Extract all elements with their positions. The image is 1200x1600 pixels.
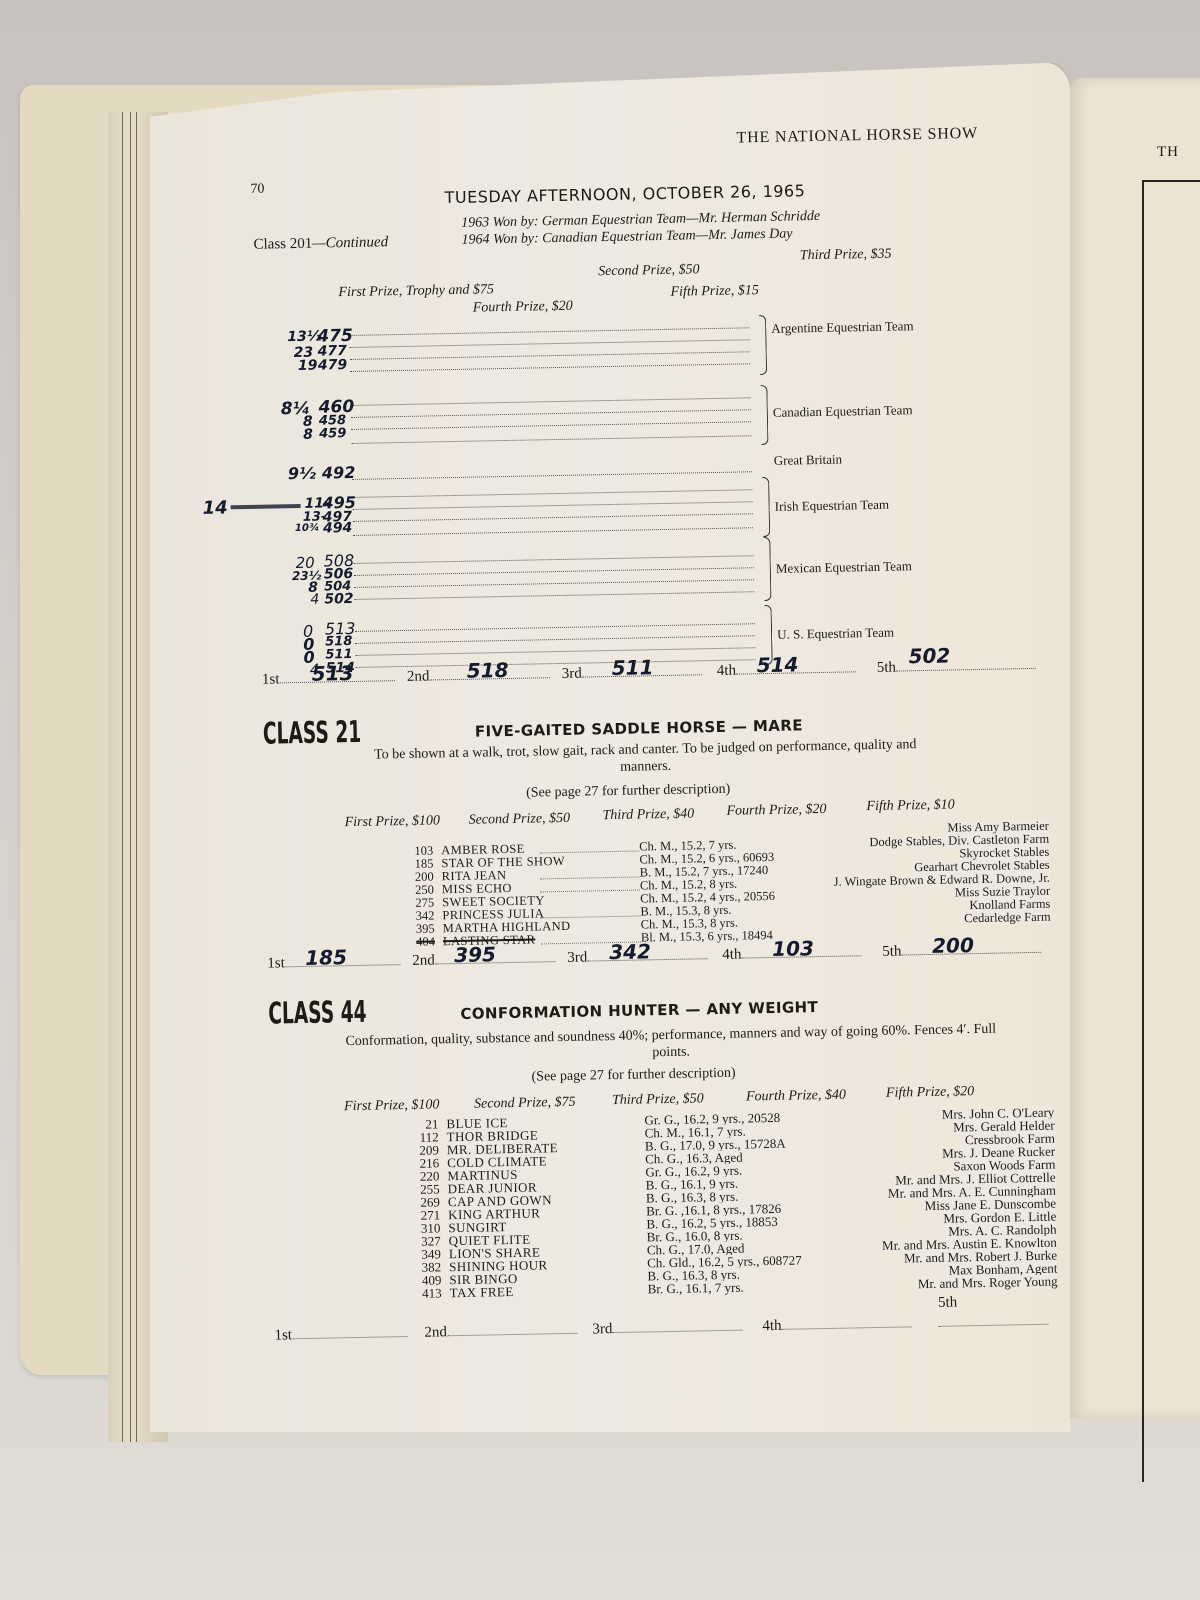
c44-prize-fourth: Fourth Prize, $40 xyxy=(746,1088,846,1106)
class-201-heading: Class 201—Continued xyxy=(253,234,388,254)
brace xyxy=(759,315,767,375)
result-5th[interactable]: 5th xyxy=(938,1293,1055,1332)
result-5th[interactable]: 5th502 xyxy=(877,654,1037,677)
class-44-title: CONFORMATION HUNTER — ANY WEIGHT xyxy=(460,998,818,1023)
handwritten-result: 185 xyxy=(305,945,347,970)
handwritten-number: 494 xyxy=(323,520,353,537)
team-name: Argentine Equestrian Team xyxy=(771,318,914,337)
c21-prize-fourth: Fourth Prize, $20 xyxy=(726,802,826,820)
result-2nd[interactable]: 2nd395 xyxy=(412,947,555,970)
c21-prize-first: First Prize, $100 xyxy=(345,813,441,831)
team-name: U. S. Equestrian Team xyxy=(777,625,894,643)
team-irish: Irish Equestrian Team 14 11- 495 13- 497… xyxy=(260,476,801,546)
prize-first: First Prize, Trophy and $75 xyxy=(338,282,494,301)
session-title: TUESDAY AFTERNOON, OCTOBER 26, 1965 xyxy=(445,181,806,207)
facing-page-border xyxy=(1142,180,1200,1482)
result-2nd[interactable]: 2nd xyxy=(424,1319,577,1342)
handwritten-score: 19 xyxy=(298,358,318,374)
handwritten-result: 511 xyxy=(612,655,654,680)
result-2nd[interactable]: 2nd518 xyxy=(407,663,550,686)
c21-prize-third: Third Prize, $40 xyxy=(602,806,694,824)
class-21-entry-list: Miss Amy Barmeier 103AMBER ROSECh. M., 1… xyxy=(409,820,1051,949)
c44-prize-second: Second Prize, $75 xyxy=(474,1095,576,1113)
class-44-see-also: (See page 27 for further description) xyxy=(531,1066,735,1086)
team-name: Irish Equestrian Team xyxy=(775,497,890,515)
facing-page-header: TH xyxy=(1157,144,1179,161)
result-4th[interactable]: 4th514 xyxy=(717,657,857,680)
continued-label: —Continued xyxy=(312,234,388,251)
result-5th[interactable]: 5th200 xyxy=(882,938,1042,961)
class-21-title: FIVE-GAITED SADDLE HORSE — MARE xyxy=(475,716,803,740)
owner: Mr. and Mrs. Roger Young xyxy=(916,1275,1058,1291)
margin-note: 14 xyxy=(202,497,227,518)
class-201-label: Class 201 xyxy=(253,236,312,253)
class-21-see-also: (See page 27 for further description) xyxy=(526,782,730,802)
class-21-description: To be shown at a walk, trot, slow gait, … xyxy=(365,736,926,781)
facing-page: TH xyxy=(1070,78,1200,1418)
handwritten-result: 103 xyxy=(772,936,814,961)
program-page: THE NATIONAL HORSE SHOW 70 TUESDAY AFTER… xyxy=(150,62,1070,1432)
result-4th[interactable]: 4th xyxy=(762,1312,912,1335)
handwritten-score: 9½ xyxy=(288,464,316,484)
result-1st[interactable]: 1st xyxy=(274,1322,407,1345)
result-4th[interactable]: 4th103 xyxy=(722,941,862,964)
team-name: Great Britain xyxy=(774,452,843,469)
running-header: THE NATIONAL HORSE SHOW xyxy=(736,125,978,148)
handwritten-number: 502 xyxy=(324,591,354,608)
class-44-entry-list: 21BLUE ICEGr. G., 16.2, 9 yrs., 20528Mrs… xyxy=(414,1106,1057,1300)
strikethrough-mark xyxy=(231,504,301,509)
brace xyxy=(762,477,770,537)
handwritten-result: 395 xyxy=(454,942,496,967)
result-1st[interactable]: 1st185 xyxy=(267,950,400,973)
result-3rd[interactable]: 3rd511 xyxy=(562,660,702,683)
prize-second: Second Prize, $50 xyxy=(598,262,700,280)
handwritten-number: 459 xyxy=(319,426,346,442)
team-canadian: Canadian Equestrian Team 8¼ 460 8 458 8 … xyxy=(258,384,799,454)
c21-prize-second: Second Prize, $50 xyxy=(468,811,570,829)
result-1st[interactable]: 1st513 xyxy=(262,666,395,689)
brace xyxy=(763,537,771,601)
c21-prize-fifth: Fifth Prize, $10 xyxy=(866,797,955,815)
brace xyxy=(760,385,768,445)
page-number: 70 xyxy=(250,182,264,198)
handwritten-score: 8 xyxy=(303,427,313,443)
handwritten-result: 513 xyxy=(312,661,354,686)
c44-prize-third: Third Prize, $50 xyxy=(612,1091,704,1109)
prize-fifth: Fifth Prize, $15 xyxy=(670,283,759,301)
result-3rd[interactable]: 3rd342 xyxy=(567,944,707,967)
prize-third: Third Prize, $35 xyxy=(800,247,892,265)
handwritten-result: 342 xyxy=(609,939,651,964)
handwritten-result: 200 xyxy=(932,933,974,958)
team-mexican: Mexican Equestrian Team 20 508 23½ 506 8… xyxy=(261,542,802,612)
handwritten-number: 492 xyxy=(322,463,356,483)
handwritten-score: 4 xyxy=(310,592,319,608)
handwritten-result: 502 xyxy=(908,644,950,669)
class-44-number: CLASS 44 xyxy=(268,995,367,1032)
result-3rd[interactable]: 3rd xyxy=(592,1316,742,1339)
c44-prize-fifth: Fifth Prize, $20 xyxy=(886,1084,975,1102)
handwritten-number: 479 xyxy=(318,357,348,374)
handwritten-result: 518 xyxy=(467,658,509,683)
prize-fourth: Fourth Prize, $20 xyxy=(473,299,573,317)
class-44-description: Conformation, quality, substance and sou… xyxy=(341,1021,1002,1068)
team-name: Mexican Equestrian Team xyxy=(776,558,912,577)
class-44-results: 1st 2nd 3rd 4th 5th xyxy=(274,1306,1054,1345)
class-21-number: CLASS 21 xyxy=(263,715,362,752)
previous-winners: 1963 Won by: German Equestrian Team—Mr. … xyxy=(461,208,821,249)
team-argentine: Argentine Equestrian Team 13½ 475 23 477… xyxy=(257,314,798,384)
handwritten-score: 10¾ xyxy=(295,523,319,534)
handwritten-result: 514 xyxy=(756,652,798,677)
team-name: Canadian Equestrian Team xyxy=(773,402,913,421)
c44-prize-first: First Prize, $100 xyxy=(344,1097,440,1115)
